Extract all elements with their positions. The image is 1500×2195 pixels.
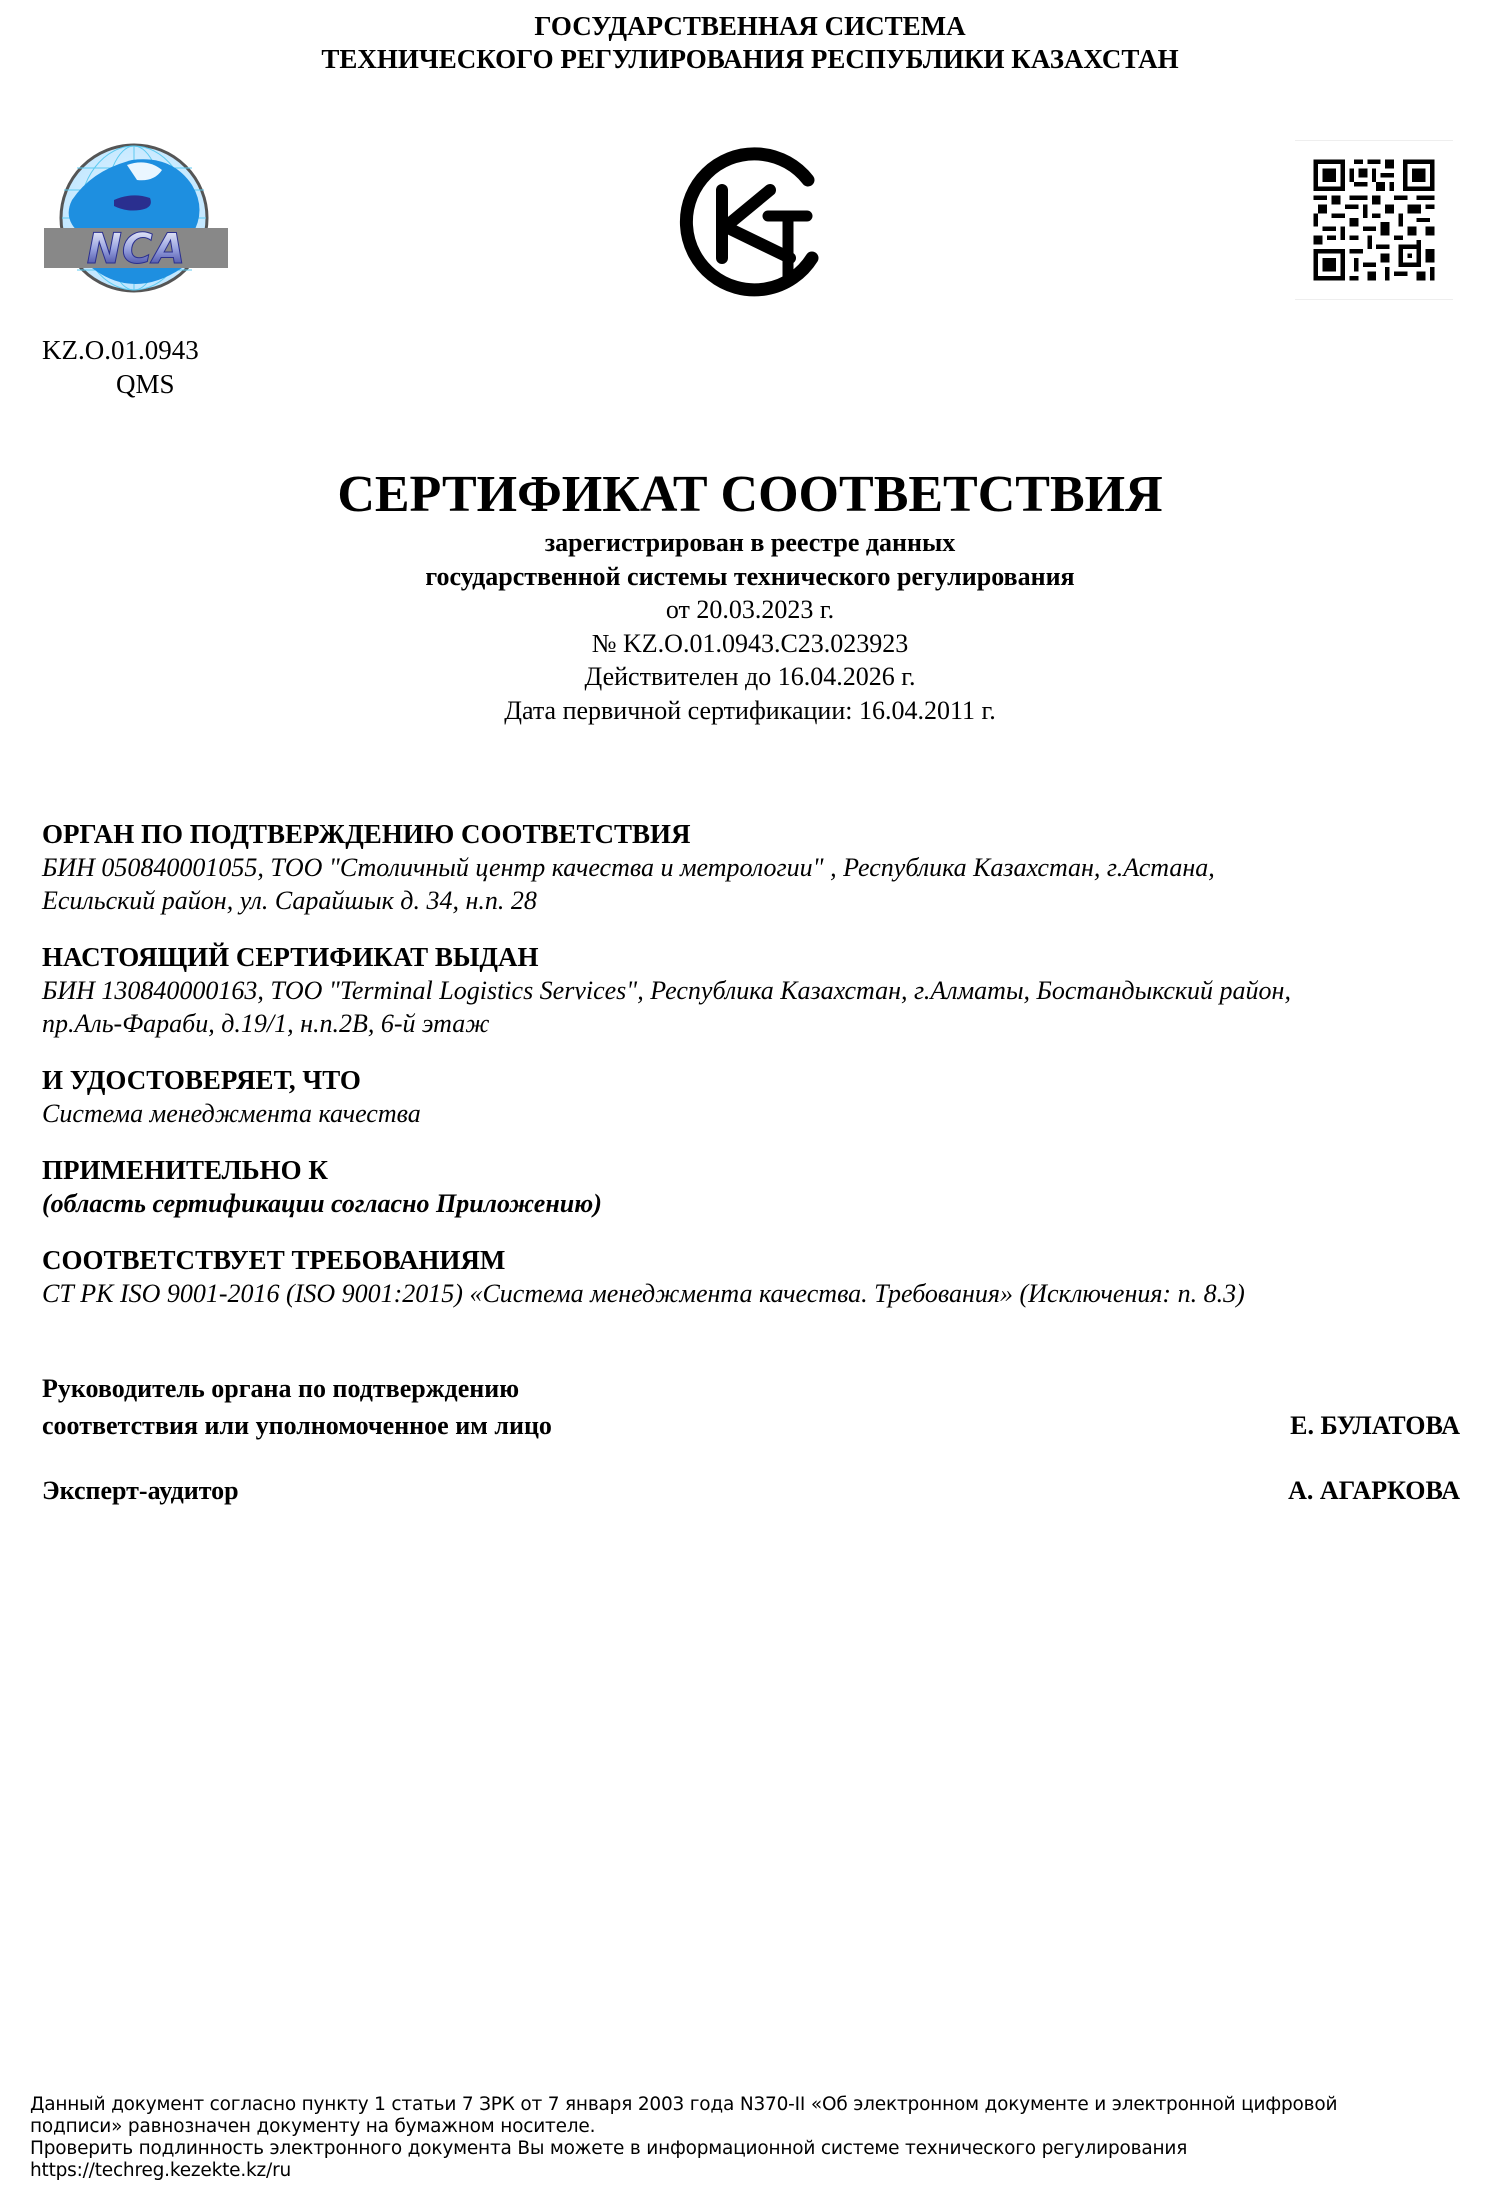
section-text: СТ РК ISO 9001-2016 (ISO 9001:2015) «Сис… [42,1277,1462,1310]
accreditation-code: KZ.O.01.0943 QMS [42,333,199,401]
section-certifies: И УДОСТОВЕРЯЕТ, ЧТО Система менеджмента … [42,1064,1462,1130]
header-line-2: ТЕХНИЧЕСКОГО РЕГУЛИРОВАНИЯ РЕСПУБЛИКИ КА… [0,43,1500,76]
registered-line-1: зарегистрирован в реестре данных [0,526,1500,560]
section-conformity-body: ОРГАН ПО ПОДТВЕРЖДЕНИЮ СООТВЕТСТВИЯ БИН … [42,818,1462,917]
footer-line-1: Данный документ согласно пункту 1 статьи… [30,2094,1450,2116]
signatures-block: Руководитель органа по подтверждению соо… [42,1370,1460,1509]
section-heading: И УДОСТОВЕРЯЕТ, ЧТО [42,1064,1462,1097]
auditor-role: Эксперт-аудитор [42,1472,239,1509]
accreditation-scheme: QMS [42,367,199,401]
section-heading: СООТВЕТСТВУЕТ ТРЕБОВАНИЯМ [42,1244,1462,1277]
legal-footer: Данный документ согласно пункту 1 статьи… [30,2094,1450,2182]
first-certification-date: Дата первичной сертификации: 16.04.2011 … [0,694,1500,728]
section-heading: НАСТОЯЩИЙ СЕРТИФИКАТ ВЫДАН [42,941,1462,974]
certificate-registration-block: зарегистрирован в реестре данных государ… [0,526,1500,727]
registered-line-2: государственной системы технического рег… [0,560,1500,594]
kt-conformity-mark-icon [672,140,832,300]
signature-auditor: Эксперт-аудитор А. АГАРКОВА [42,1472,1460,1509]
section-text: Есильский район, ул. Сарайшык д. 34, н.п… [42,884,1462,917]
section-text: Система менеджмента качества [42,1097,1462,1130]
section-heading: ОРГАН ПО ПОДТВЕРЖДЕНИЮ СООТВЕТСТВИЯ [42,818,1462,851]
signature-head: Руководитель органа по подтверждению соо… [42,1370,1460,1444]
section-applicable-to: ПРИМЕНИТЕЛЬНО К (область сертификации со… [42,1154,1462,1220]
footer-line-3: Проверить подлинность электронного докум… [30,2138,1450,2160]
header-line-1: ГОСУДАРСТВЕННАЯ СИСТЕМА [0,10,1500,43]
section-text: пр.Аль-Фараби, д.19/1, н.п.2В, 6-й этаж [42,1007,1462,1040]
section-issued-to: НАСТОЯЩИЙ СЕРТИФИКАТ ВЫДАН БИН 130840000… [42,941,1462,1040]
head-name: Е. БУЛАТОВА [1290,1407,1460,1444]
head-role-line-1: Руководитель органа по подтверждению [42,1370,552,1407]
valid-until: Действителен до 16.04.2026 г. [0,660,1500,694]
svg-text:NCA: NCA [87,224,185,273]
section-text: БИН 130840000163, ТОО "Terminal Logistic… [42,974,1462,1007]
auditor-name: А. АГАРКОВА [1288,1472,1460,1509]
registration-date: от 20.03.2023 г. [0,593,1500,627]
certificate-sections: ОРГАН ПО ПОДТВЕРЖДЕНИЮ СООТВЕТСТВИЯ БИН … [42,818,1462,1334]
section-text: (область сертификации согласно Приложени… [42,1187,1462,1220]
certificate-title: СЕРТИФИКАТ СООТВЕТСТВИЯ [0,465,1500,525]
government-header: ГОСУДАРСТВЕННАЯ СИСТЕМА ТЕХНИЧЕСКОГО РЕГ… [0,10,1500,76]
footer-line-2: подписи» равнозначен документу на бумажн… [30,2116,1450,2138]
qr-code-icon[interactable] [1295,140,1453,300]
nca-globe-logo-icon: NCA [42,140,230,297]
certificate-number: № KZ.O.01.0943.C23.023923 [0,627,1500,661]
section-text: БИН 050840001055, ТОО "Столичный центр к… [42,851,1462,884]
section-heading: ПРИМЕНИТЕЛЬНО К [42,1154,1462,1187]
head-role-line-2: соответствия или уполномоченное им лицо [42,1407,552,1444]
verification-link[interactable]: https://techreg.kezekte.kz/ru [30,2160,1450,2182]
section-requirements: СООТВЕТСТВУЕТ ТРЕБОВАНИЯМ СТ РК ISO 9001… [42,1244,1462,1310]
accreditation-number: KZ.O.01.0943 [42,333,199,367]
